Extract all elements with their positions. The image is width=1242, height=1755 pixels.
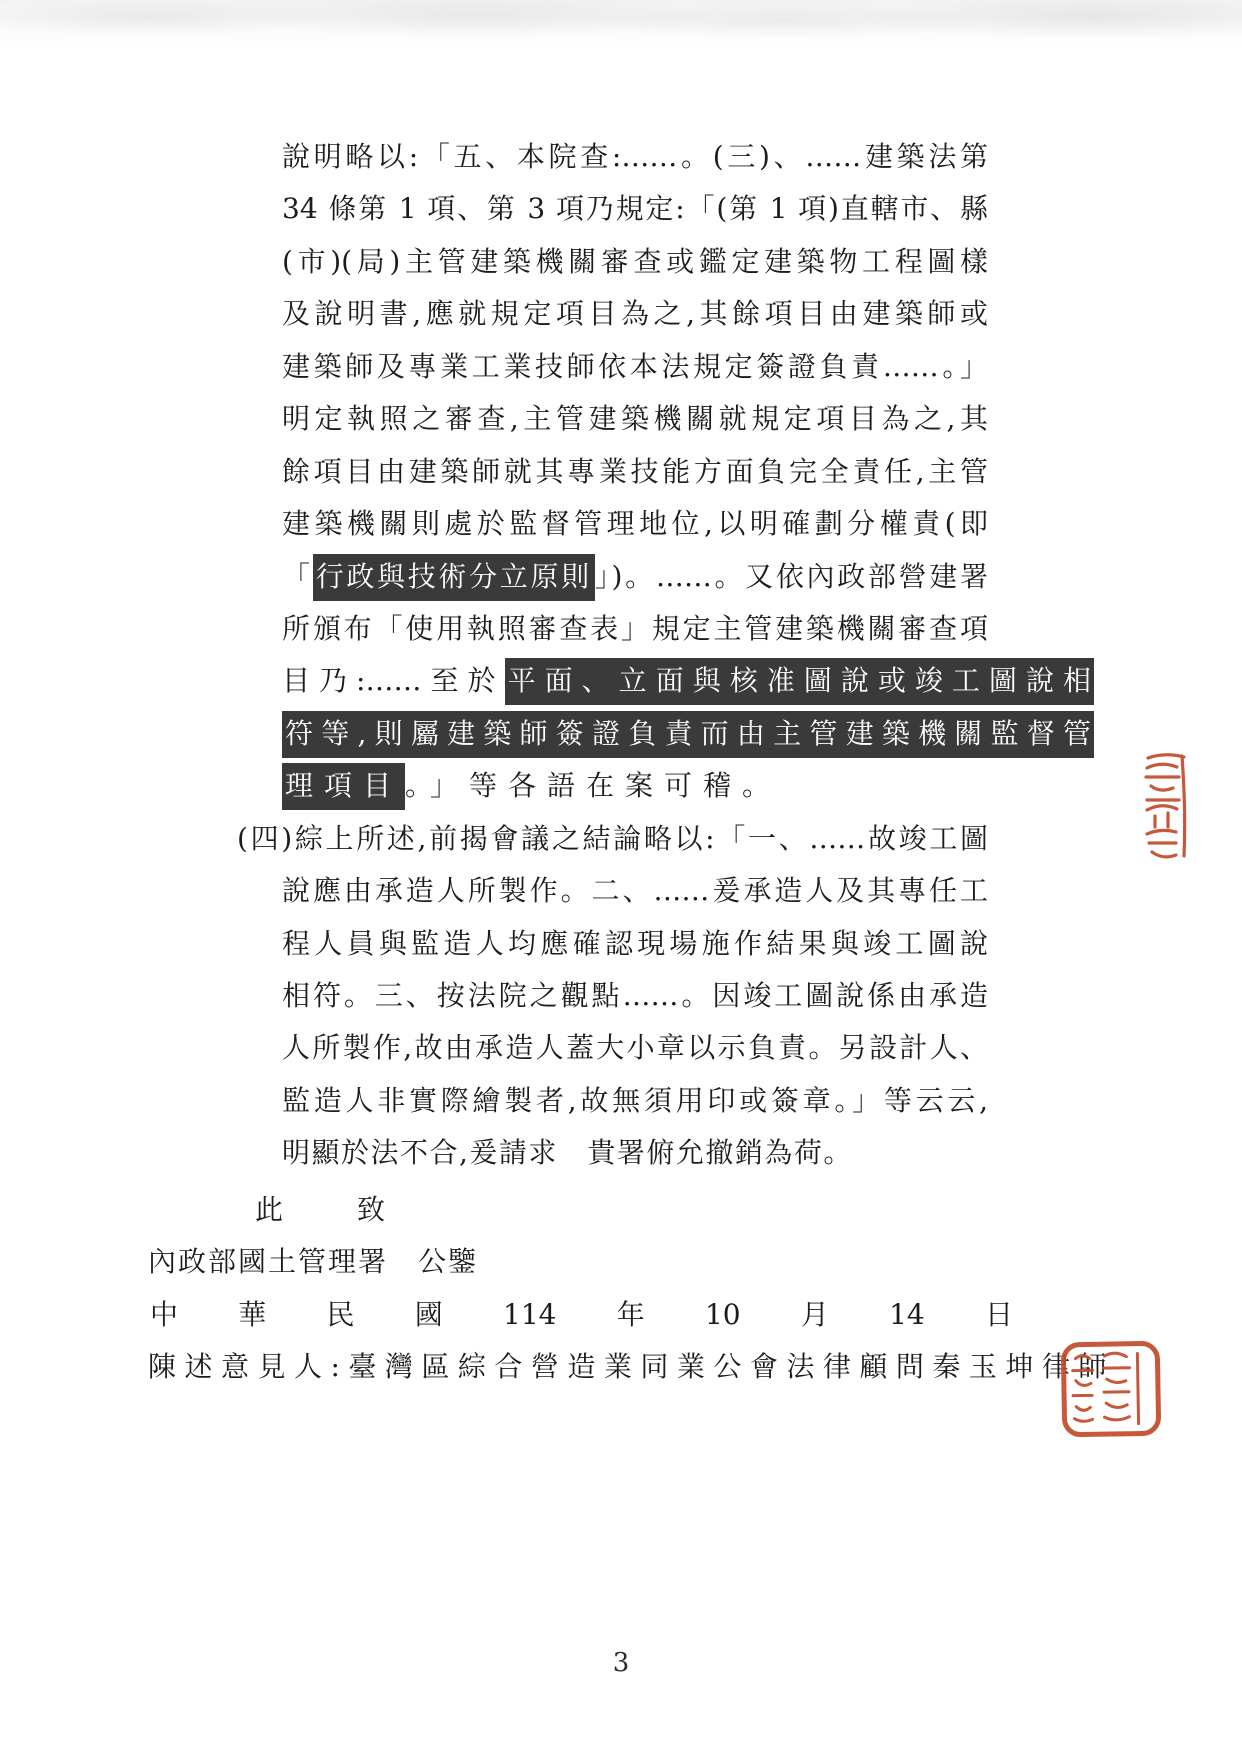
- addressee-line: 內政部國土管理署公鑒: [148, 1236, 1242, 1288]
- text-line: 建築師及專業工業技師依本法規定簽證負責……。」: [282, 341, 988, 393]
- salutation-this: 此: [255, 1193, 283, 1226]
- line-text: 說明略以:「五、本院查:……。(三)、……建築法第: [282, 140, 988, 173]
- honorific: 公鑒: [418, 1236, 478, 1288]
- date-day: 14: [889, 1289, 925, 1341]
- date-part: 華: [238, 1289, 266, 1341]
- text-line: 人所製作,故由承造人蓋大小章以示負責。另設計人、: [282, 1022, 988, 1074]
- text-line: 34 條第 1 項、第 3 項乃規定:「(第 1 項)直轄市、縣: [282, 183, 988, 235]
- text-line-with-highlight: 「行政與技術分立原則」)。……。又依內政部營建署: [282, 551, 988, 603]
- agency-name: 內政部國土管理署: [148, 1245, 388, 1278]
- text-line: 餘項目由建築師就其專業技能方面負完全責任,主管: [282, 446, 988, 498]
- document-body: 說明略以:「五、本院查:……。(三)、……建築法第 34 條第 1 項、第 3 …: [0, 131, 1242, 1394]
- line-text: 。」等各語在案可稽。: [405, 769, 781, 802]
- line-text: 建築師及專業工業技師依本法規定簽證負責……。」: [282, 350, 988, 383]
- line-text: 餘項目由建築師就其專業技能方面負完全責任,主管: [282, 455, 988, 488]
- line-text: 明顯於法不合,爰請求 貴署俯允撤銷為荷。: [282, 1136, 853, 1169]
- text-line: 建築機關則處於監督管理地位,以明確劃分權責(即: [282, 498, 988, 550]
- line-text: 34 條第 1 項、第 3 項乃規定:「(第 1 項)直轄市、縣: [282, 192, 988, 225]
- highlight-segment: 符等,則屬建築師簽證負責而由主管建築機關監督管: [282, 711, 1094, 758]
- line-text: 程人員與監造人均應確認現場施作結果與竣工圖說: [282, 927, 988, 960]
- salutation-line: 此致: [255, 1184, 1242, 1236]
- date-year: 114: [503, 1289, 556, 1341]
- line-text: 「: [282, 560, 313, 593]
- scan-noise-band: [0, 0, 1242, 58]
- text-line: 監造人非實際繪製者,故無須用印或簽章。」等云云,: [282, 1075, 988, 1127]
- line-text: (四)綜上所述,前揭會議之結論略以:「一、……故竣工圖: [237, 822, 988, 855]
- lawyer-seal-icon: [1059, 1339, 1165, 1441]
- highlight-segment: 平面、立面與核准圖說或竣工圖說相: [505, 658, 1094, 705]
- scanned-document-page: 說明略以:「五、本院查:……。(三)、……建築法第 34 條第 1 項、第 3 …: [0, 0, 1242, 1755]
- highlight-segment: 理項目: [282, 763, 405, 810]
- text-line: 說明略以:「五、本院查:……。(三)、……建築法第: [282, 131, 988, 183]
- date-part: 月: [801, 1289, 829, 1341]
- line-text: 說應由承造人所製作。二、……爰承造人及其專任工: [282, 874, 988, 907]
- date-month: 10: [705, 1289, 741, 1341]
- text-line: 說應由承造人所製作。二、……爰承造人及其專任工: [282, 865, 988, 917]
- red-name-seal-icon: [1138, 750, 1194, 862]
- text-line-item-four: (四)綜上所述,前揭會議之結論略以:「一、……故竣工圖: [237, 813, 988, 865]
- date-part: 國: [415, 1289, 443, 1341]
- text-line: 明顯於法不合,爰請求 貴署俯允撤銷為荷。: [282, 1127, 988, 1179]
- text-line: (市)(局)主管建築機關審查或鑑定建築物工程圖樣: [282, 236, 988, 288]
- highlight-segment: 行政與技術分立原則: [313, 554, 595, 601]
- line-text: 相符。三、按法院之觀點……。因竣工圖說係由承造: [282, 979, 988, 1012]
- date-part: 年: [617, 1289, 645, 1341]
- date-part: 中: [150, 1289, 178, 1341]
- line-text: (市)(局)主管建築機關審查或鑑定建築物工程圖樣: [282, 245, 988, 278]
- date-line: 中 華 民 國 114 年 10 月 14 日: [150, 1289, 1013, 1341]
- text-line: 所頒布「使用執照審查表」規定主管建築機關審查項: [282, 603, 988, 655]
- line-text: 人所製作,故由承造人蓋大小章以示負責。另設計人、: [282, 1031, 988, 1064]
- text-line: 程人員與監造人均應確認現場施作結果與竣工圖說: [282, 918, 988, 970]
- line-text: 目乃:……至於: [282, 664, 505, 697]
- text-line: 相符。三、按法院之觀點……。因竣工圖說係由承造: [282, 970, 988, 1022]
- date-part: 日: [985, 1289, 1013, 1341]
- line-text: 監造人非實際繪製者,故無須用印或簽章。」等云云,: [282, 1084, 988, 1117]
- declarant-text: 陳述意見人:臺灣區綜合營造業同業公會法律顧問秦玉坤律師: [148, 1350, 1115, 1383]
- page-number: 3: [0, 1648, 1242, 1678]
- line-text: 明定執照之審查,主管建築機關就規定項目為之,其: [282, 402, 988, 435]
- salutation-to: 致: [357, 1184, 385, 1236]
- text-line: 及說明書,應就規定項目為之,其餘項目由建築師或: [282, 288, 988, 340]
- line-text: 」)。……。又依內政部營建署: [595, 560, 988, 593]
- line-text: 建築機關則處於監督管理地位,以明確劃分權責(即: [282, 507, 988, 540]
- text-line-with-highlight: 符等,則屬建築師簽證負責而由主管建築機關監督管: [282, 708, 1094, 760]
- line-text: 所頒布「使用執照審查表」規定主管建築機關審查項: [282, 612, 988, 645]
- text-line-with-highlight: 目乃:……至於平面、立面與核准圖說或竣工圖說相: [282, 655, 1094, 707]
- text-line: 明定執照之審查,主管建築機關就規定項目為之,其: [282, 393, 988, 445]
- date-part: 民: [327, 1289, 355, 1341]
- text-line-with-highlight: 理項目。」等各語在案可稽。: [282, 760, 988, 812]
- line-text: 及說明書,應就規定項目為之,其餘項目由建築師或: [282, 297, 988, 330]
